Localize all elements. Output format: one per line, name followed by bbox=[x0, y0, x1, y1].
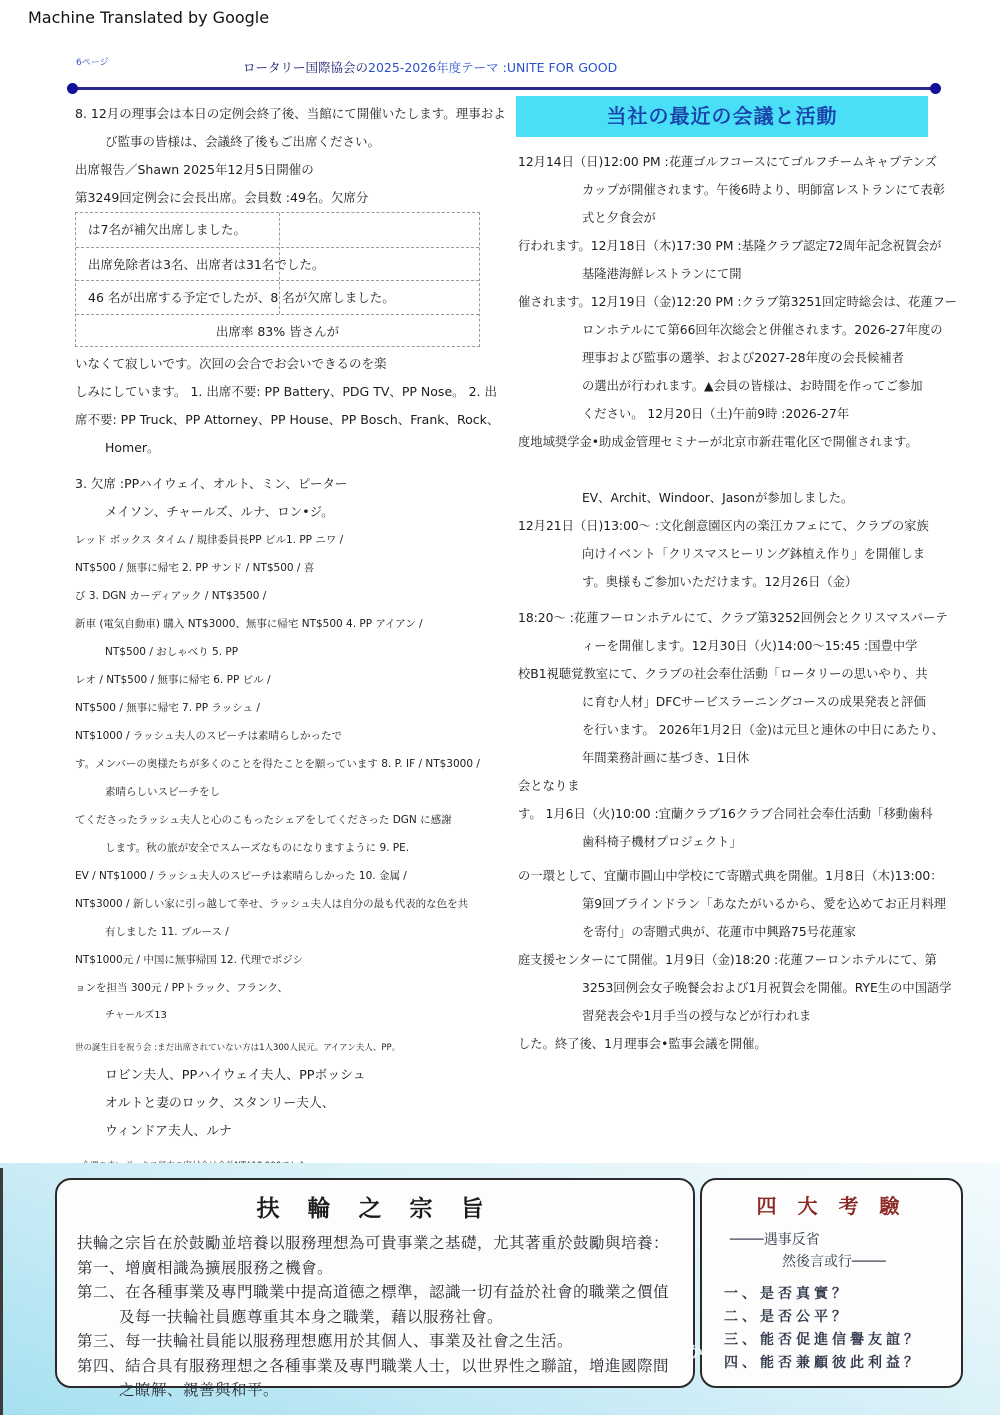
text-line: 第二、在各種事業及專門職業中提高道德之標準，認識一切有益於社會的職業之價值 bbox=[77, 1280, 673, 1305]
text-line: 三、能否促進信譽友誼？ bbox=[702, 1329, 961, 1352]
text-line: す。 1月6日（火)10:00 :宜蘭クラブ16クラブ合同社会奉仕活動「移動歯科 bbox=[518, 800, 938, 828]
text-line: 四、能否兼顧彼此利益？ bbox=[702, 1352, 961, 1375]
text-line: に育む人材」DFCサービスラーニングコースの成果発表と評価 bbox=[518, 688, 938, 716]
text-line: 一、是否真實？ bbox=[702, 1283, 961, 1306]
text-line: チャールズ13 bbox=[75, 1002, 493, 1030]
text-line: した。終了後、1月理事会•監事会議を開催。 bbox=[518, 1030, 938, 1058]
text-line: ィーを開催します。12月30日（火)14:00〜15:45 :国豊中学 bbox=[518, 632, 938, 660]
object-of-rotary-text: 扶輪之宗旨在於鼓勵並培養以服務理想為可貴事業之基礎，尤其著重於鼓勵與培養：第一、… bbox=[77, 1231, 673, 1403]
attendance-table-row: は7名が補欠出席しました。 bbox=[76, 213, 479, 247]
text-line: 第三、每一扶輪社員能以服務理想應用於其個人、事業及社會之生活。 bbox=[77, 1329, 673, 1354]
meetings-section-header: 当社の最近の会議と活動 bbox=[516, 96, 928, 137]
text-line: 3. 欠席 :PPハイウェイ、オルト、ミン、ピーター bbox=[75, 470, 493, 498]
text-line: 会となりま bbox=[518, 772, 938, 800]
text-line: カップが開催されます。午後6時より、明師富レストランにて表彰 bbox=[518, 176, 938, 204]
text-line: 之瞭解、親善與和平。 bbox=[77, 1378, 673, 1403]
text-line: 習発表会や1月手当の授与などが行われま bbox=[518, 1002, 938, 1030]
text-line: 庭支援センターにて開催。1月9日（金)18:20 :花蓮フーロンホテルにて、第 bbox=[518, 946, 938, 974]
text-line: 8. 12月の理事会は本日の定例会終了後、当館にて開催いたします。理事およ bbox=[75, 100, 487, 128]
text-line: ロンホテルにて第66回年次総会と併催されます。2026-27年度の bbox=[518, 316, 938, 344]
text-line: NT$500 / おしゃべり 5. PP bbox=[75, 638, 493, 666]
left-column-body: いなくて寂しいです。次回の会合でお会いできるのを楽しみにしています。 1. 出席… bbox=[75, 350, 493, 1180]
text-line: ください。 12月20日（土)午前9時 :2026-27年 bbox=[518, 400, 938, 428]
text-line: 12月21日（日)13:00〜 :文化創意園区内の楽江カフェにて、クラブの家族 bbox=[518, 512, 938, 540]
theme-text: 2025-2026年度テーマ :UNITE FOR GOOD bbox=[368, 60, 617, 75]
text-line: NT$500 / 無事に帰宅 7. PP ラッシュ / bbox=[75, 694, 493, 722]
text-line: EV / NT$1000 / ラッシュ夫人のスピーチは素晴らしかった 10. 金… bbox=[75, 862, 493, 890]
text-line: 基隆港海鮮レストランにて開 bbox=[518, 260, 938, 288]
bleed-through-text: か bbox=[686, 1338, 703, 1363]
text-line: します。秋の旅が安全でスムーズなものになりますように 9. PE. bbox=[75, 834, 493, 862]
object-of-rotary-title: 扶 輪 之 宗 旨 bbox=[77, 1190, 673, 1223]
attendance-table-divider bbox=[279, 213, 280, 314]
text-line: Homer。 bbox=[75, 434, 493, 462]
machine-translated-note: Machine Translated by Google bbox=[28, 8, 269, 27]
header-rule-right-dot bbox=[930, 83, 941, 94]
text-line: ウィンドア夫人、ルナ bbox=[75, 1118, 493, 1146]
text-line: しみにしています。 1. 出席不要: PP Battery、PDG TV、PP … bbox=[75, 378, 493, 406]
text-line: てくださったラッシュ夫人と心のこもったシェアをしてくださった DGN に感謝 bbox=[75, 806, 493, 834]
text-line: 年間業務計画に基づき、1日休 bbox=[518, 744, 938, 772]
text-line: び監事の皆様は、会議終了後もご出席ください。 bbox=[75, 128, 487, 156]
text-line: NT$1000元 / 中国に無事帰国 12. 代理でポジシ bbox=[75, 946, 493, 974]
rotary-theme-header: ロータリー国際協会の2025-2026年度テーマ :UNITE FOR GOOD bbox=[243, 58, 617, 76]
text-line: 理事および監事の選挙、および2027-28年度の会長候補者 bbox=[518, 344, 938, 372]
text-line: 二、是否公平？ bbox=[702, 1306, 961, 1329]
text-line: EV、Archit、Windoor、Jasonが参加しました。 bbox=[518, 484, 938, 512]
text-line: の一環として、宜蘭市圓山中学校にて寄贈式典を開催。1月8日（木)13:00： bbox=[518, 862, 938, 890]
text-line: 度地域奨学金•助成金管理セミナーが北京市新荘電化区で開催されます。 bbox=[518, 428, 938, 456]
left-column-intro: 8. 12月の理事会は本日の定例会終了後、当館にて開催いたします。理事および監事… bbox=[75, 100, 487, 212]
text-line: 席不要: PP Truck、PP Attorney、PP House、PP Bo… bbox=[75, 406, 493, 434]
text-line: NT$1000 / ラッシュ夫人のスピーチは素晴らしかったで bbox=[75, 722, 493, 750]
text-line: び 3. DGN カーディアック / NT$3500 / bbox=[75, 582, 493, 610]
text-line: メイソン、チャールズ、ルナ、ロン•ジ。 bbox=[75, 498, 493, 526]
text-line: レッド ボックス タイム / 規律委員長PP ビル1. PP ニワ / bbox=[75, 526, 493, 554]
attendance-table-row: 46 名が出席する予定でしたが、8 名が欠席しました。 bbox=[76, 280, 479, 314]
text-line: 校B1視聴覚教室にて、クラブの社会奉仕活動「ロータリーの思いやり、共 bbox=[518, 660, 938, 688]
text-line: 12月14日（日)12:00 PM :花蓮ゴルフコースにてゴルフチームキャプテン… bbox=[518, 148, 938, 176]
text-line: 歯科椅子機材プロジェクト」 bbox=[518, 828, 938, 856]
text-line: 行われます。12月18日（木)17:30 PM :基隆クラブ認定72周年記念祝賀… bbox=[518, 232, 938, 260]
text-line: 扶輪之宗旨在於鼓勵並培養以服務理想為可貴事業之基礎，尤其著重於鼓勵與培養： bbox=[77, 1231, 673, 1256]
text-line: を寄付」の寄贈式典が、花蓮市中興路75号花蓮家 bbox=[518, 918, 938, 946]
four-way-test-title: 四 大 考 驗 bbox=[702, 1190, 961, 1219]
text-line: の選出が行われます。▲会員の皆様は、お時間を作ってご参加 bbox=[518, 372, 938, 400]
text-line: レオ / NT$500 / 無事に帰宅 6. PP ビル / bbox=[75, 666, 493, 694]
text-line: 有しました 11. ブルース / bbox=[75, 918, 493, 946]
text-line: 第9回ブラインドラン「あなたがいるから、愛を込めてお正月料理 bbox=[518, 890, 938, 918]
text-line: ョンを担当 300元 / PPトラック、フランク、 bbox=[75, 974, 493, 1002]
text-line: いなくて寂しいです。次回の会合でお会いできるのを楽 bbox=[75, 350, 493, 378]
text-line: 新車 (電気自動車) 購入 NT$3000、無事に帰宅 NT$500 4. PP… bbox=[75, 610, 493, 638]
text-line: す。奥様もご参加いただけます。12月26日（金） bbox=[518, 568, 938, 596]
attendance-table: は7名が補欠出席しました。出席免除者は3名、出席者は31名でした。46 名が出席… bbox=[75, 212, 480, 347]
page-number: 6ページ bbox=[76, 55, 109, 68]
text-line: 向けイベント「クリスマスヒーリング鉢植え作り」を開催しま bbox=[518, 540, 938, 568]
text-line: 第四、結合具有服務理想之各種事業及專門職業人士，以世界性之聯誼，增進國際間 bbox=[77, 1354, 673, 1379]
text-line: 及每一扶輪社員應尊重其本身之職業，藉以服務社會。 bbox=[77, 1305, 673, 1330]
text-line: NT$500 / 無事に帰宅 2. PP サンド / NT$500 / 喜 bbox=[75, 554, 493, 582]
text-line: 第一、增廣相識為擴展服務之機會。 bbox=[77, 1256, 673, 1281]
attendance-table-row: 出席率 83% 皆さんが bbox=[76, 314, 479, 348]
header-rule bbox=[72, 87, 936, 90]
text-line: ロビン夫人、PPハイウェイ夫人、PPボッシュ bbox=[75, 1062, 493, 1090]
four-way-test-items: 一、是否真實？二、是否公平？三、能否促進信譽友誼？四、能否兼顧彼此利益？ bbox=[702, 1283, 961, 1375]
four-way-test-preamble-2: 然後言或行──── bbox=[702, 1251, 961, 1273]
text-line: 素晴らしいスピーチをし bbox=[75, 778, 493, 806]
text-line: 第3249回定例会に会長出席。会員数 :49名。欠席分 bbox=[75, 184, 487, 212]
text-line: 世の誕生日を祝う会 :まだ出席されていない方は1人300人民元。アイアン夫人、P… bbox=[75, 1034, 493, 1062]
attendance-table-row: 出席免除者は3名、出席者は31名でした。 bbox=[76, 247, 479, 281]
text-line: NT$3000 / 新しい家に引っ越して幸せ、ラッシュ夫人は自分の最も代表的な色… bbox=[75, 890, 493, 918]
scan-edge-artifact bbox=[0, 1168, 3, 1415]
text-line: す。メンバーの奥様たちが多くのことを得たことを願っています 8. P. IF /… bbox=[75, 750, 493, 778]
text-line: 18:20〜 :花蓮フーロンホテルにて、クラブ第3252回例会とクリスマスパーテ bbox=[518, 604, 938, 632]
text-line: 式と夕食会が bbox=[518, 204, 938, 232]
text-line: オルトと妻のロック、スタンリー夫人、 bbox=[75, 1090, 493, 1118]
object-of-rotary-box: 扶 輪 之 宗 旨 扶輪之宗旨在於鼓勵並培養以服務理想為可貴事業之基礎，尤其著重… bbox=[55, 1178, 695, 1388]
text-line: 3253回例会女子晩餐会および1月祝賀会を開催。RYE生の中国語学 bbox=[518, 974, 938, 1002]
header-rule-left-dot bbox=[67, 83, 78, 94]
right-column-body: 12月14日（日)12:00 PM :花蓮ゴルフコースにてゴルフチームキャプテン… bbox=[518, 148, 938, 1058]
theme-prefix: ロータリー国際協会の bbox=[243, 60, 368, 75]
four-way-test-preamble-1: ────遇事反省 bbox=[702, 1229, 961, 1251]
newsletter-page: { "page": { "machine_note": "Machine Tra… bbox=[0, 0, 1000, 1415]
text-line: 出席報告／Shawn 2025年12月5日開催の bbox=[75, 156, 487, 184]
text-line: を行います。 2026年1月2日（金)は元旦と連休の中日にあたり、 bbox=[518, 716, 938, 744]
text-line: 催されます。12月19日（金)12:20 PM :クラブ第3251回定時総会は、… bbox=[518, 288, 938, 316]
four-way-test-box: 四 大 考 驗 ────遇事反省 然後言或行──── 一、是否真實？二、是否公平… bbox=[700, 1178, 963, 1388]
